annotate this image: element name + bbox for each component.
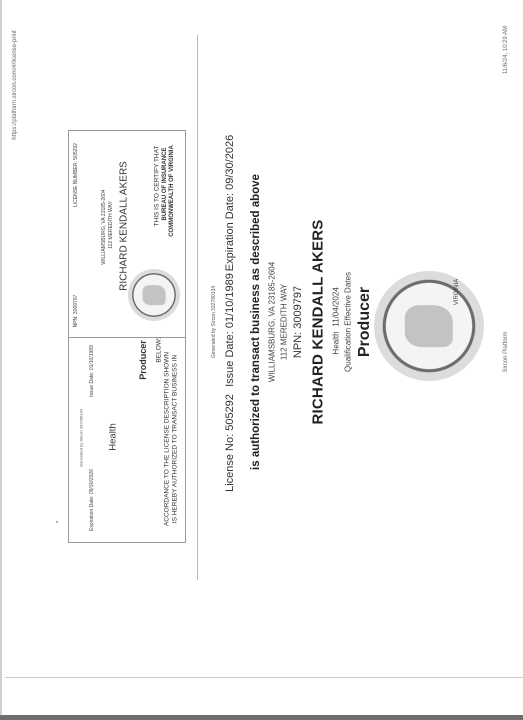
license-number: License No: 505292 [224, 394, 236, 492]
expiration-date: Expiration Date: 09/30/2026 [224, 135, 236, 271]
card-authorization-line-2: ACCORDANCE TO THE LICENSE DESCRIPTION SH… [164, 352, 171, 526]
license-title: Producer [356, 287, 374, 357]
card-expiration-date: Expiration Date: 09/30/2026 [89, 469, 95, 531]
print-datetime: 11/6/24, 10:29 AM [503, 26, 509, 74]
card-address-line-1: 112 MEREDITH WAY [108, 201, 114, 249]
holder-npn: NPN: 3009797 [292, 286, 304, 358]
card-holder-name: RICHARD KENDALL AKERS [119, 161, 130, 291]
card-seal-figure [143, 285, 166, 305]
card-header-line-2: BUREAU OF INSURANCE [162, 147, 168, 220]
card-address-line-2: WILLIAMSBURG, VA 23185-2604 [101, 189, 107, 264]
authorization-statement: is authorized to transact business as de… [250, 174, 262, 470]
card-line-of-authority: Health [108, 423, 119, 450]
card-generated-by: Generated by Sircon 332780134 [79, 409, 84, 467]
scan-bottom-line [5, 677, 523, 678]
cut-line [197, 35, 198, 580]
scan-bottom-bar [0, 715, 523, 720]
card-certify-text: THIS IS TO CERTIFY THAT [154, 146, 161, 227]
qualification-line: Health [332, 331, 341, 354]
generated-by: Generated by Sircon 332780134 [211, 286, 217, 358]
qualification-heading: Qualification Effective Dates [344, 272, 353, 372]
address-line-2: WILLIAMSBURG, VA 23185-2604 [268, 262, 277, 382]
wallet-card-fold [68, 337, 186, 338]
seal-figure [405, 305, 453, 347]
card-authorization-line-3: BELOW: [156, 337, 163, 362]
card-npn: NPN: 3009797 [73, 295, 79, 328]
print-site-title: Sircon Platform [503, 331, 509, 372]
card-issue-date: Issue Date: 01/10/1989 [89, 345, 95, 397]
card-license-number: LICENSE NUMBER: 505292 [73, 143, 79, 207]
address-line-1: 112 MEREDITH WAY [280, 284, 289, 360]
issue-date: Issue Date: 01/10/1989 [224, 273, 236, 387]
card-license-type: Producer [138, 340, 148, 380]
scan-left-edge [0, 0, 2, 720]
seal-label: VIRGINIA [454, 279, 460, 305]
card-seal-icon [128, 269, 180, 321]
qualification-date: 11/04/2024 [332, 287, 341, 326]
card-authorization-line-1: IS HEREBY AUTHORIZED TO TRANSACT BUSINES… [172, 355, 179, 523]
holder-name: RICHARD KENDALL AKERS [310, 219, 327, 424]
card-header-line-1: COMMONWEALTH OF VIRGINIA [169, 145, 175, 237]
state-seal-icon: VIRGINIA [374, 271, 484, 381]
scan-speck [56, 521, 58, 523]
print-url: https://platform.sircon.com/#/license-pr… [12, 30, 18, 139]
